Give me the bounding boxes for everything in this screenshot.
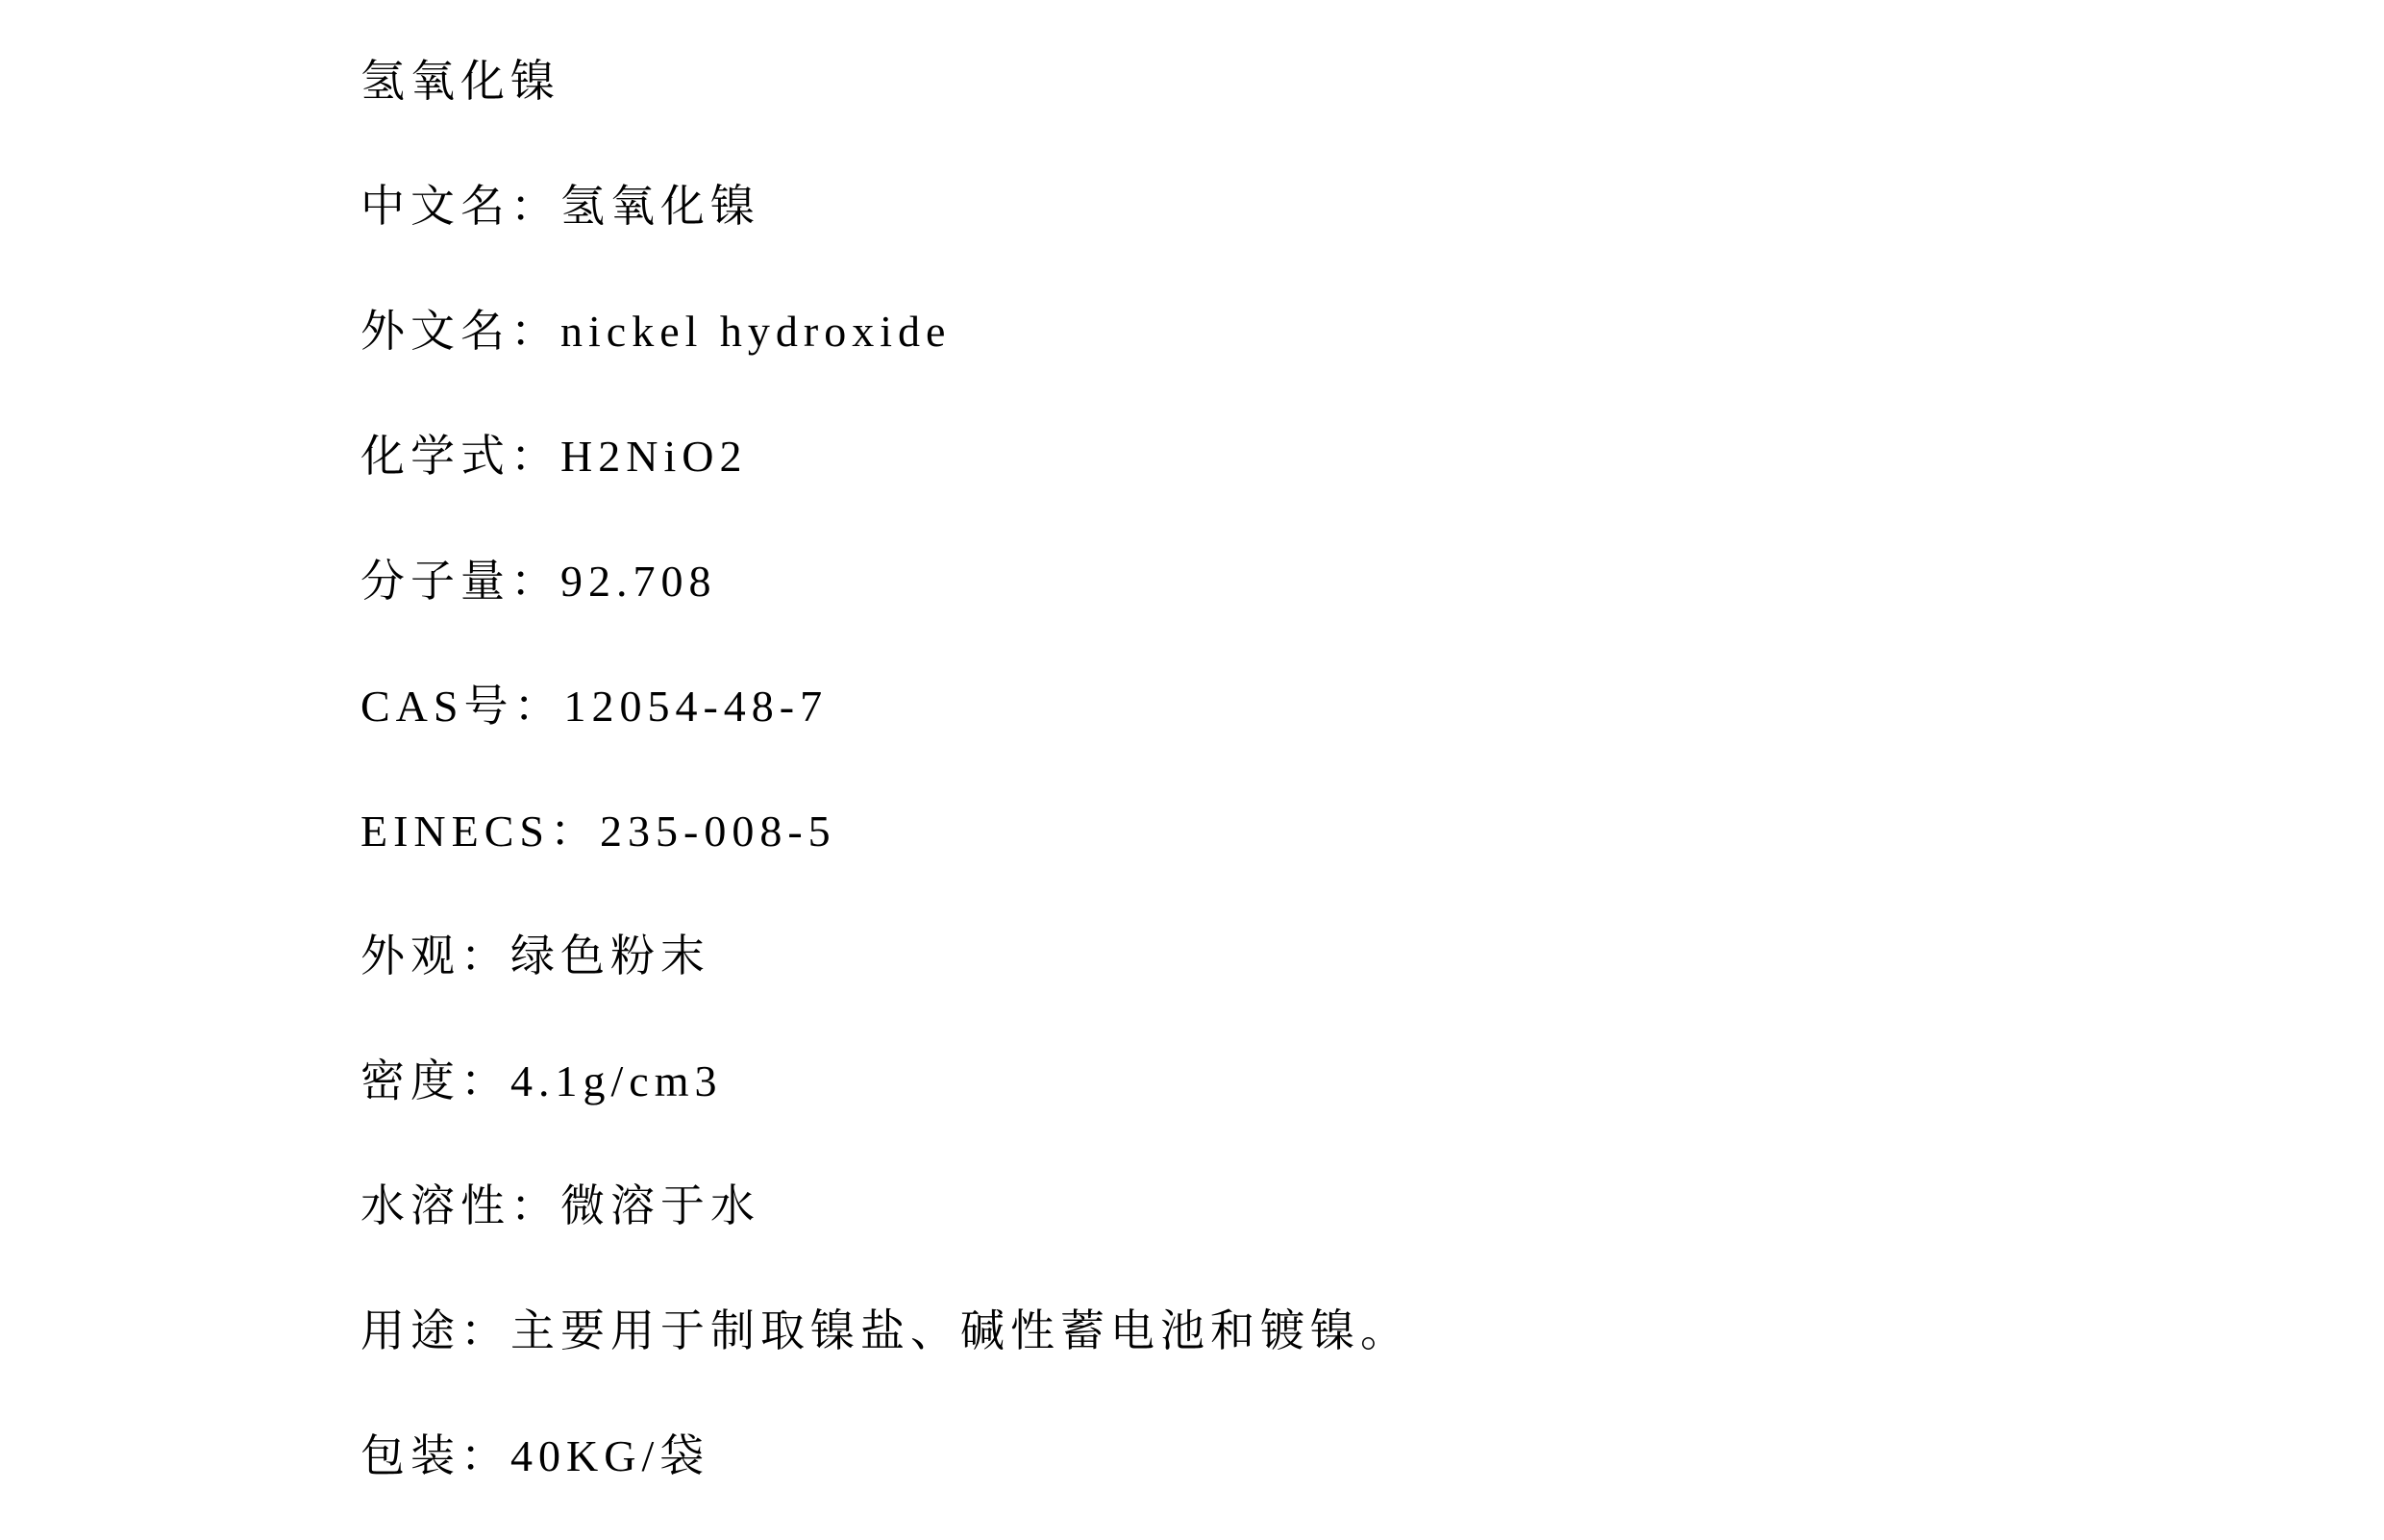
property-value: 4.1g/cm3	[510, 1056, 722, 1105]
property-label: 中文名	[360, 182, 510, 231]
property-value: 微溶于水	[560, 1181, 760, 1230]
property-separator: ：	[460, 1431, 510, 1480]
property-row-einecs: EINECS：235-008-5	[360, 769, 2346, 894]
property-row-density: 密度：4.1g/cm3	[360, 1019, 2346, 1144]
property-label: 密度	[360, 1056, 460, 1105]
property-separator: ：	[510, 307, 560, 356]
property-value: H2NiO2	[560, 432, 747, 481]
page: { "document": { "colors": { "text": "#00…	[0, 0, 2384, 1540]
property-separator: ：	[460, 1056, 510, 1105]
property-row-molecular-weight: 分子量：92.708	[360, 519, 2346, 644]
property-label: 外文名	[360, 307, 510, 356]
property-separator: ：	[550, 807, 600, 856]
property-row-water-solubility: 水溶性：微溶于水	[360, 1144, 2346, 1269]
property-label: EINECS	[360, 807, 550, 856]
property-label: 化学式	[360, 432, 510, 481]
property-row-chemical-formula: 化学式：H2NiO2	[360, 394, 2346, 519]
property-label: 包装	[360, 1431, 460, 1480]
property-label: 用途	[360, 1306, 460, 1355]
property-label: 分子量	[360, 557, 510, 606]
property-value: 12054-48-7	[563, 682, 828, 731]
property-value: 40KG/袋	[510, 1431, 709, 1480]
property-row-packaging: 包装：40KG/袋	[360, 1394, 2346, 1519]
property-row-cas-number: CAS号：12054-48-7	[360, 644, 2346, 769]
property-separator: ：	[510, 1181, 560, 1230]
document-title: 氢氧化镍	[360, 19, 2346, 144]
property-separator: ：	[460, 931, 510, 981]
property-value: 氢氧化镍	[560, 182, 760, 231]
document-body: 氢氧化镍 中文名：氢氧化镍 外文名：nickel hydroxide 化学式：H…	[0, 0, 2384, 1519]
property-row-uses: 用途：主要用于制取镍盐、碱性蓄电池和镀镍。	[360, 1269, 2346, 1394]
property-row-foreign-name: 外文名：nickel hydroxide	[360, 269, 2346, 394]
property-label: 外观	[360, 931, 460, 981]
property-row-chinese-name: 中文名：氢氧化镍	[360, 144, 2346, 269]
property-separator: ：	[510, 557, 560, 606]
property-value: 235-008-5	[600, 807, 836, 856]
property-label: 水溶性	[360, 1181, 510, 1230]
property-label: CAS号	[360, 682, 513, 731]
property-value: 主要用于制取镍盐、碱性蓄电池和镀镍。	[510, 1306, 1410, 1355]
property-separator: ：	[513, 682, 563, 731]
property-row-appearance: 外观：绿色粉末	[360, 894, 2346, 1019]
property-value: 92.708	[560, 557, 717, 606]
property-separator: ：	[460, 1306, 510, 1355]
property-value: nickel hydroxide	[560, 307, 951, 356]
property-separator: ：	[510, 182, 560, 231]
property-separator: ：	[510, 432, 560, 481]
property-value: 绿色粉末	[510, 931, 710, 981]
